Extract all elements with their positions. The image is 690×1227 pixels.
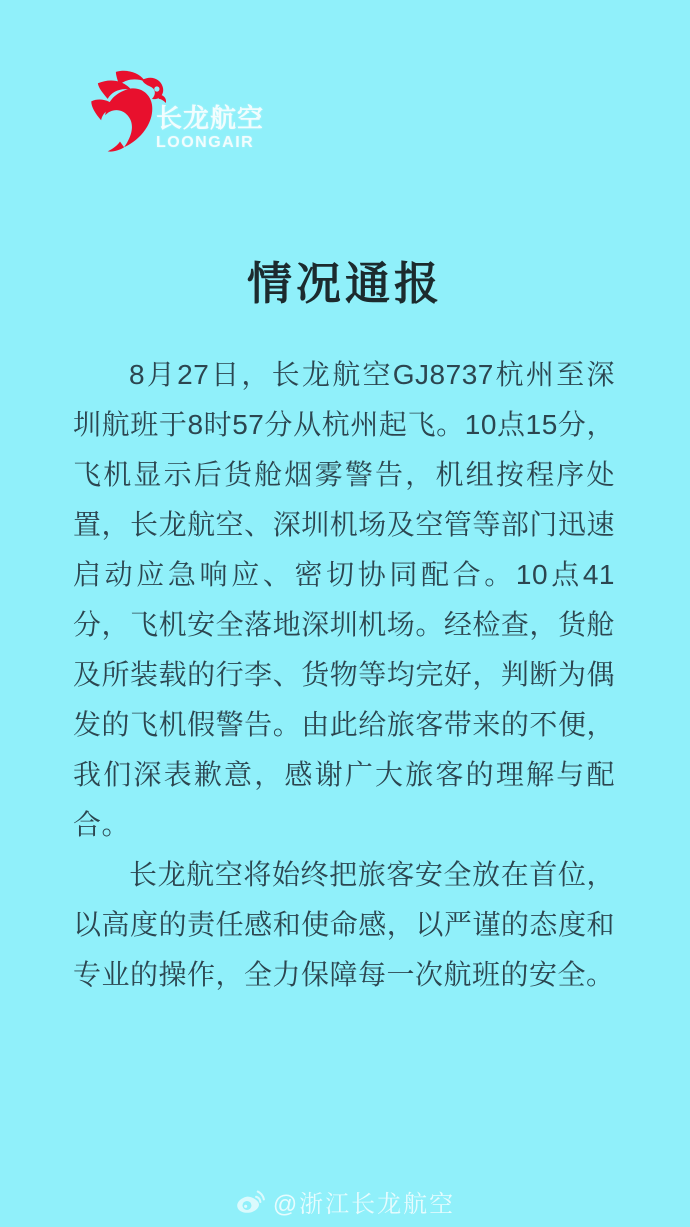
weibo-icon bbox=[235, 1189, 265, 1215]
notice-paragraph-2: 长龙航空将始终把旅客安全放在首位，以高度的责任感和使命感，以严谨的态度和专业的操… bbox=[73, 850, 615, 1000]
logo-name-chinese: 长龙航空 bbox=[156, 104, 264, 132]
notice-page: 长龙航空 LOONGAIR 情况通报 8月27日，长龙航空GJ8737杭州至深圳… bbox=[0, 0, 690, 1227]
notice-paragraph-1: 8月27日，长龙航空GJ8737杭州至深圳航班于8时57分从杭州起飞。10点15… bbox=[73, 350, 615, 850]
loongair-logo: 长龙航空 LOONGAIR bbox=[86, 60, 286, 164]
watermark-handle: @浙江长龙航空 bbox=[273, 1184, 455, 1219]
notice-body: 8月27日，长龙航空GJ8737杭州至深圳航班于8时57分从杭州起飞。10点15… bbox=[73, 350, 615, 1000]
logo-text: 长龙航空 LOONGAIR bbox=[156, 104, 264, 152]
notice-title: 情况通报 bbox=[0, 247, 690, 312]
logo-name-english: LOONGAIR bbox=[156, 134, 264, 152]
weibo-watermark: @浙江长龙航空 bbox=[0, 1184, 690, 1219]
